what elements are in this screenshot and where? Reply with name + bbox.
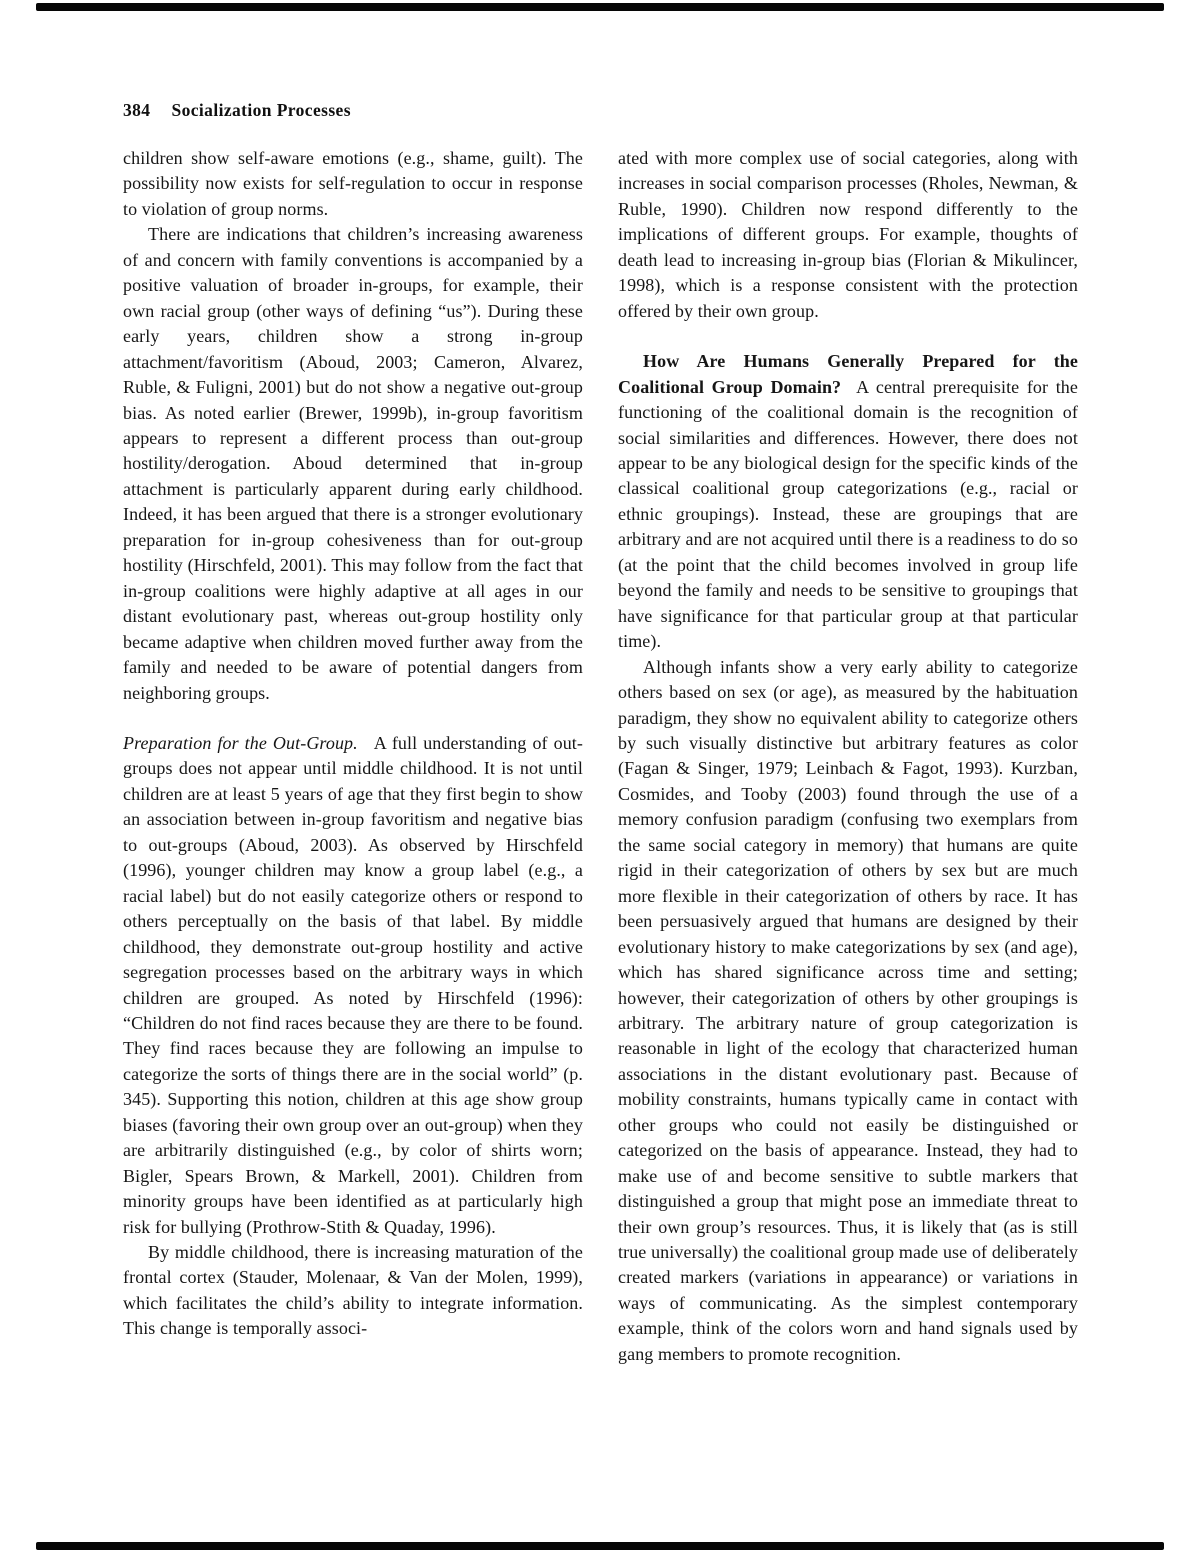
page-number: 384 (123, 100, 150, 120)
paragraph: children show self-aware emotions (e.g.,… (123, 146, 583, 222)
paragraph: ated with more complex use of social cat… (618, 146, 1078, 324)
scan-edge-bottom (36, 1542, 1164, 1550)
scan-edge-top (36, 3, 1164, 11)
paragraph-with-runin-heading: How Are Humans Generally Prepared for th… (618, 349, 1078, 654)
paragraph: Although infants show a very early abili… (618, 655, 1078, 1368)
section-runin-heading: How Are Humans Generally Prepared for th… (618, 351, 1078, 396)
right-column: ated with more complex use of social cat… (618, 146, 1078, 1367)
paragraph: There are indications that children’s in… (123, 222, 583, 706)
running-title: Socialization Processes (171, 100, 350, 120)
page-header: 384Socialization Processes (123, 100, 351, 121)
two-column-text-body: children show self-aware emotions (e.g.,… (123, 146, 1078, 1367)
paragraph: By middle childhood, there is increasing… (123, 1240, 583, 1342)
subsection-runin-heading: Preparation for the Out-Group. (123, 733, 374, 753)
paragraph-with-runin-heading: Preparation for the Out-Group.A full und… (123, 731, 583, 1240)
left-column: children show self-aware emotions (e.g.,… (123, 146, 583, 1367)
